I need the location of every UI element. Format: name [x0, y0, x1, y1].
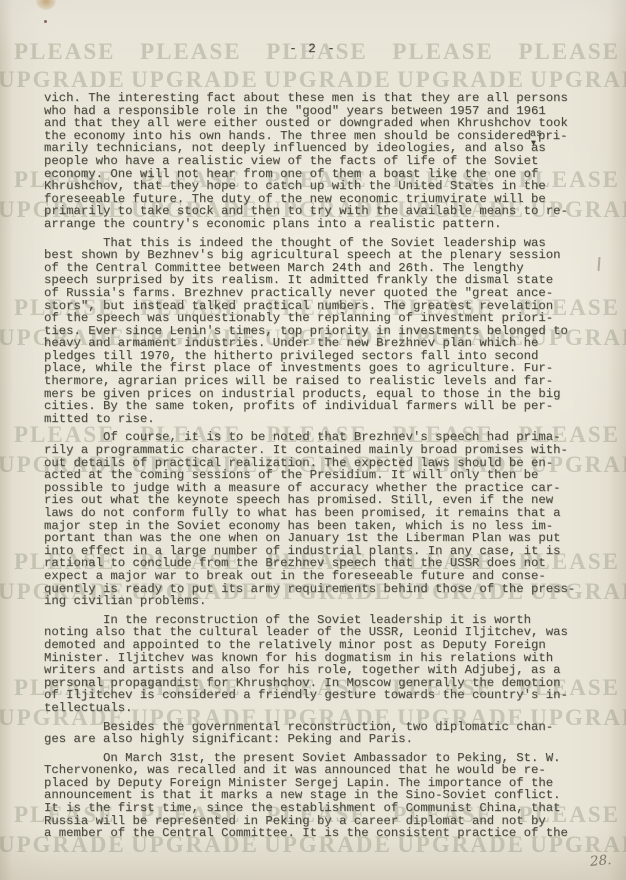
text-line: heavy and armament industries. Under the…: [44, 337, 589, 350]
text-line: of Russia's farms. Brezhnev practically …: [44, 287, 589, 300]
page-number: - 2 -: [0, 42, 626, 56]
stain: [36, 0, 56, 10]
text-line: acted at the coming sessions of the Pres…: [44, 469, 589, 482]
text-line: laws do not conform fully to what has be…: [44, 507, 589, 520]
watermark-word: UPGRADE: [0, 68, 126, 91]
text-line: ing civilian problems.: [44, 595, 589, 608]
text-line: best shown by Bezhnev's big agricultural…: [44, 249, 589, 262]
text-line: of the speech was unquestionably the rep…: [44, 312, 589, 325]
text-line: vich. The interesting fact about these m…: [44, 92, 589, 105]
scanned-document-page: PLEASEPLEASEPLEASEPLEASEPLEASEUPGRADEUPG…: [0, 0, 626, 880]
text-line: tellectuals.: [44, 702, 589, 715]
insertion-caret-icon: ▼: [531, 140, 536, 148]
paragraph: vich. The interesting fact about these m…: [44, 92, 589, 231]
watermark-word: UPGRADE: [131, 68, 259, 91]
text-line: mitted to rise.: [44, 413, 589, 426]
text-line: Tchervonenko, was recalled and it was an…: [44, 764, 589, 777]
watermark-row: UPGRADEUPGRADEUPGRADEUPGRADEUPGRADE: [0, 68, 626, 91]
text-line: rily a programmatic character. It contai…: [44, 444, 589, 457]
paragraph: In the reconstruction of the Soviet lead…: [44, 614, 589, 715]
text-line: people who have a realistic view of the …: [44, 155, 589, 168]
insertion-text: as: [530, 130, 542, 140]
text-line: a member of the Central Committee. It is…: [44, 827, 589, 840]
paragraph: Besides the governmental reconstruction,…: [44, 721, 589, 746]
text-line: ges are also highly significant: Peking …: [44, 733, 589, 746]
text-line: thermore, agrarian prices will be raised…: [44, 375, 589, 388]
pencil-tick-mark: [598, 257, 600, 271]
watermark-word: UPGRADE: [397, 68, 525, 91]
text-line: writers and artists and also for his rol…: [44, 664, 589, 677]
text-line: and that they all were either ousted or …: [44, 117, 589, 130]
paragraph: Of course, it is to be noted that Brezhn…: [44, 431, 589, 607]
ink-dot: [44, 20, 47, 23]
text-line: Khrushchov, that they hope to catch up w…: [44, 180, 589, 193]
watermark-word: UPGRADE: [530, 68, 626, 91]
text-line: It is the first time, since the establis…: [44, 802, 589, 815]
text-line: cities. By the same token, profits of in…: [44, 400, 589, 413]
text-line: arrange the country's economic plans int…: [44, 218, 589, 231]
text-line: portant than was the one when on January…: [44, 532, 589, 545]
document-body: vich. The interesting fact about these m…: [44, 92, 589, 846]
paragraph: On March 31st, the present Soviet Ambass…: [44, 752, 589, 840]
watermark-word: UPGRADE: [264, 68, 392, 91]
handwritten-page-number: 28.: [589, 852, 612, 870]
paragraph: That this is indeed the thought of the S…: [44, 237, 589, 426]
text-line: expect a major war to break out in the f…: [44, 570, 589, 583]
text-line: demoted and appointed to the relatively …: [44, 639, 589, 652]
